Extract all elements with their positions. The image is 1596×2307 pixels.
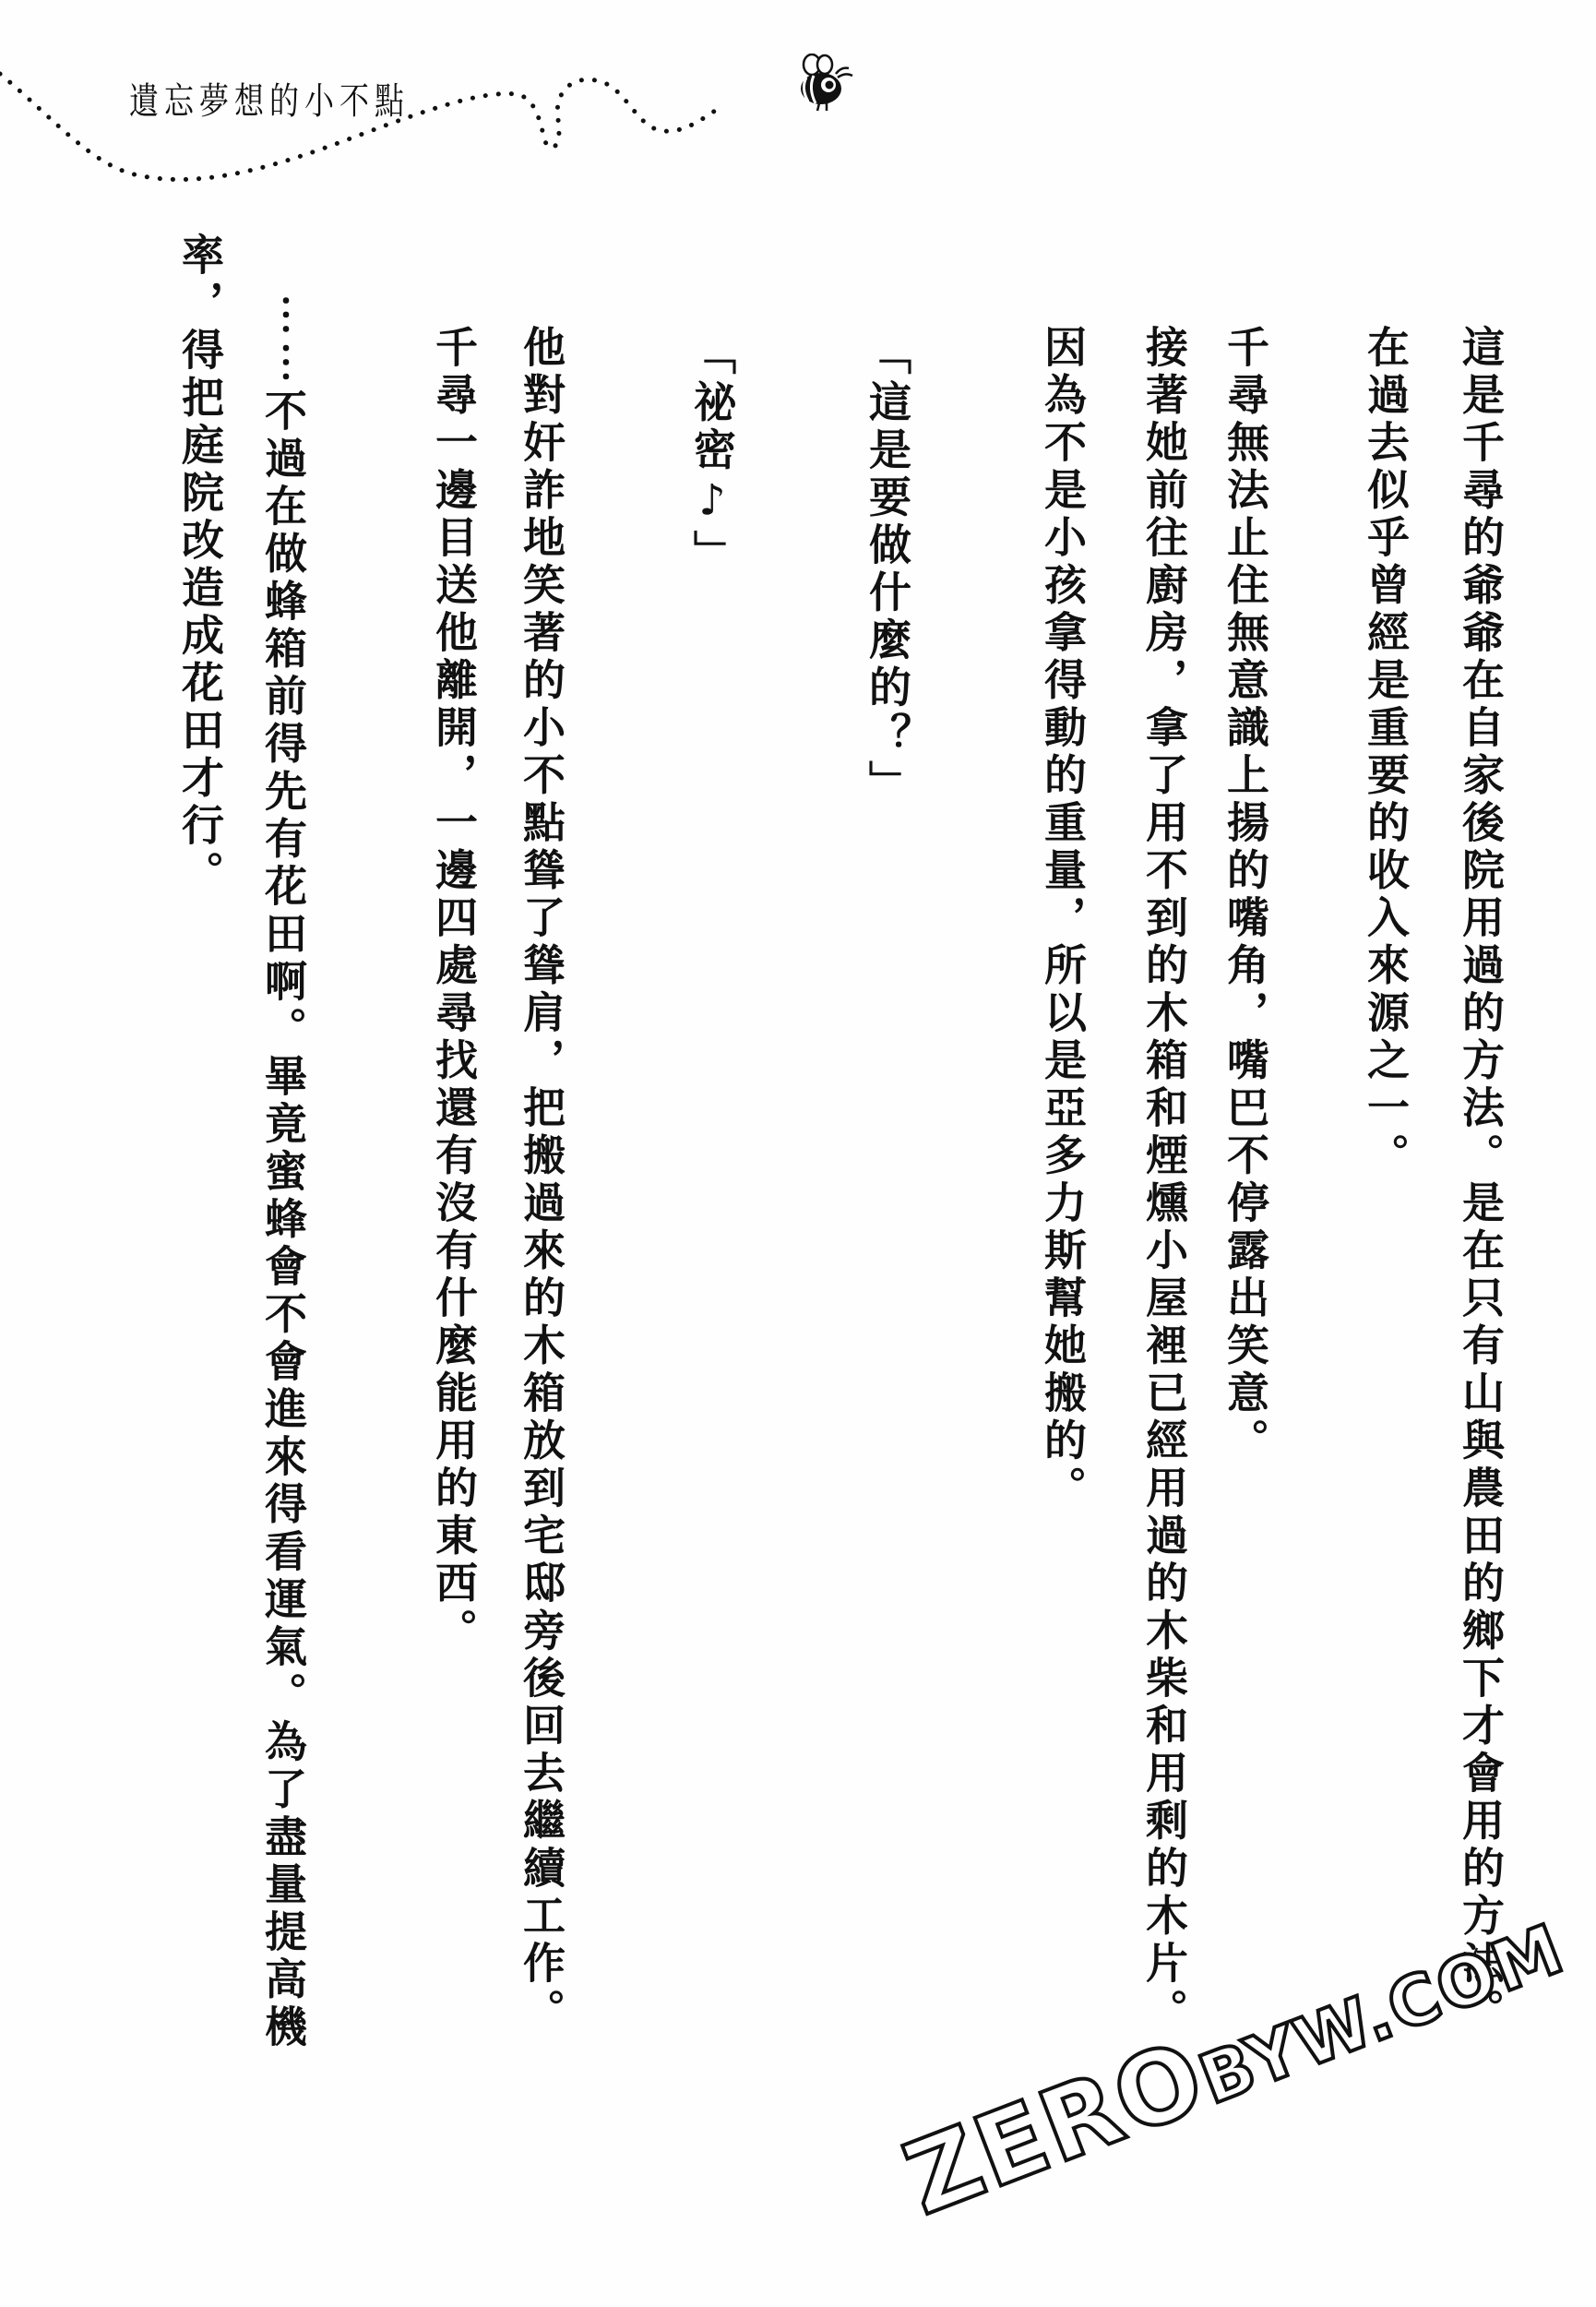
watermark-domain: BYW.COM <box>1189 1909 1575 2121</box>
dotted-flight-path-decoration <box>0 37 923 203</box>
text-column-9: 千尋一邊目送他離開，一邊四處尋找還有沒有什麼能用的東西。 <box>423 325 475 1656</box>
text-column-11: 率，得把庭院改造成花田才行。 <box>170 233 221 898</box>
dialogue-column-question: 「這是要做什麼的？」 <box>857 332 909 807</box>
text-column-2: 在過去似乎曾經是重要的收入來源之一。 <box>1355 325 1407 1180</box>
text-column-5: 因為不是小孩拿得動的重量，所以是亞多力斯幫她搬的。 <box>1032 325 1084 1513</box>
text-column-8: 他對奸詐地笑著的小不點聳了聳肩，把搬過來的木箱放到宅邸旁後回去繼續工作。 <box>511 325 563 2036</box>
book-page: 遺忘夢想的小不點 這是千尋的爺爺在自家後院用過的方法。是在只有山與農田的鄉下才會… <box>0 0 1596 2307</box>
bee-icon <box>793 54 858 113</box>
watermark: ZEROBYW.COM <box>890 1883 1578 2238</box>
text-column-3: 千尋無法止住無意識上揚的嘴角，嘴巴不停露出笑意。 <box>1215 325 1267 1465</box>
text-column-4: 接著她前往廚房，拿了用不到的木箱和煙燻小屋裡已經用過的木柴和用剩的木片。 <box>1134 325 1185 2036</box>
text-column-10: ⋯⋯不過在做蜂箱前得先有花田啊。畢竟蜜蜂會不會進來得看運氣。為了盡量提高機 <box>253 293 304 2052</box>
dialogue-column-secret: 「祕密♪」 <box>682 332 733 578</box>
text-column-1: 這是千尋的爺爺在自家後院用過的方法。是在只有山與農田的鄉下才會用的方法。 <box>1450 325 1502 2036</box>
watermark-main: ZERO <box>890 2019 1221 2238</box>
